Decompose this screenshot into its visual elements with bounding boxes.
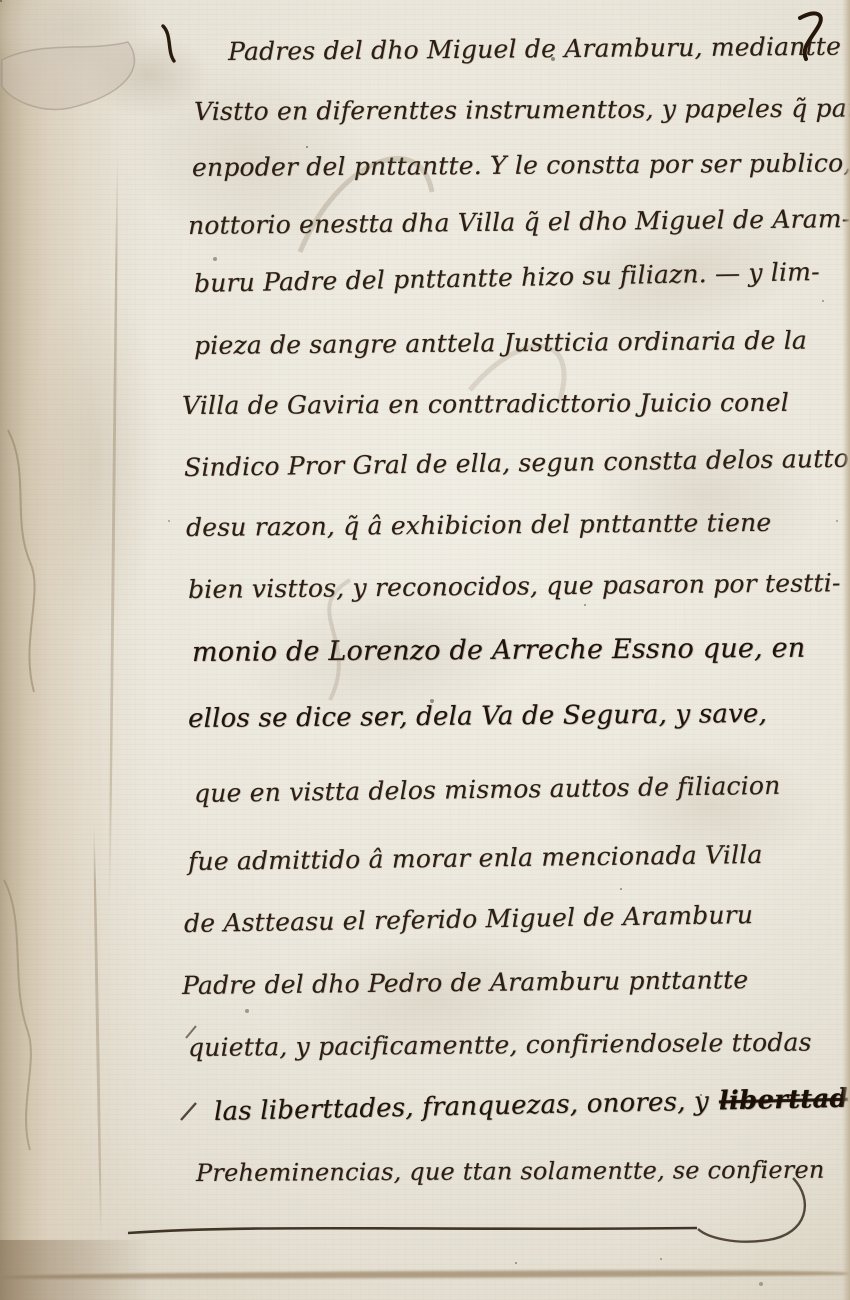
manuscript-line: bien visttos, y reconocidos, que pasaron…: [188, 567, 841, 605]
struck-out-word: liberttad: [719, 1084, 849, 1117]
manuscript-line: pieza de sangre anttela Justticia ordina…: [194, 325, 807, 362]
manuscript-line: de Astteasu el referido Miguel de Arambu…: [184, 899, 754, 939]
manuscript-line: enpoder del pnttantte. Y le constta por …: [192, 147, 850, 183]
manuscript-line: que en vistta delos mismos auttos de fil…: [194, 770, 781, 809]
bottom-left-shadow: [0, 1240, 150, 1300]
manuscript-page: Padres del dho Miguel de Aramburu, media…: [0, 0, 850, 1300]
bleed-through-smudge: [578, 393, 832, 597]
ink-specks: [0, 0, 2, 2]
manuscript-line: nottorio enestta dha Villa q̃ el dho Mig…: [188, 203, 850, 241]
manuscript-line: Sindico Pror Gral de ella, segun constta…: [184, 443, 850, 484]
manuscript-line: quietta, y pacificamentte, confiriendose…: [188, 1027, 812, 1064]
manuscript-line: las liberttades, franquezas, onores, yli…: [214, 1083, 849, 1129]
page-left-worn-edge: [0, 0, 150, 1300]
manuscript-line: fue admittido â morar enla mencionada Vi…: [188, 839, 763, 877]
manuscript-line: desu razon, q̃ â exhibicion del pnttantt…: [186, 507, 772, 543]
manuscript-line: Padres del dho Miguel de Aramburu, media…: [228, 30, 850, 67]
margin-slash: [181, 1103, 196, 1120]
manuscript-line: Villa de Gaviria en conttradicttorio Jui…: [182, 387, 789, 421]
manuscript-line: ellos se dice ser, dela Va de Segura, y …: [188, 698, 767, 736]
manuscript-line-text: las liberttades, franquezas, onores, y: [214, 1087, 710, 1127]
manuscript-line: Vistto en diferenttes instrumenttos, y p…: [194, 92, 850, 127]
manuscript-line: buru Padre del pnttantte hizo su filiazn…: [194, 256, 820, 299]
manuscript-line: Padre del dho Pedro de Aramburu pnttantt…: [182, 964, 749, 1001]
manuscript-line: Preheminencias, que ttan solamentte, se …: [196, 1155, 825, 1188]
manuscript-line: monio de Lorenzo de Arreche Essno que, e…: [192, 632, 806, 670]
page-right-edge: [842, 0, 850, 1300]
